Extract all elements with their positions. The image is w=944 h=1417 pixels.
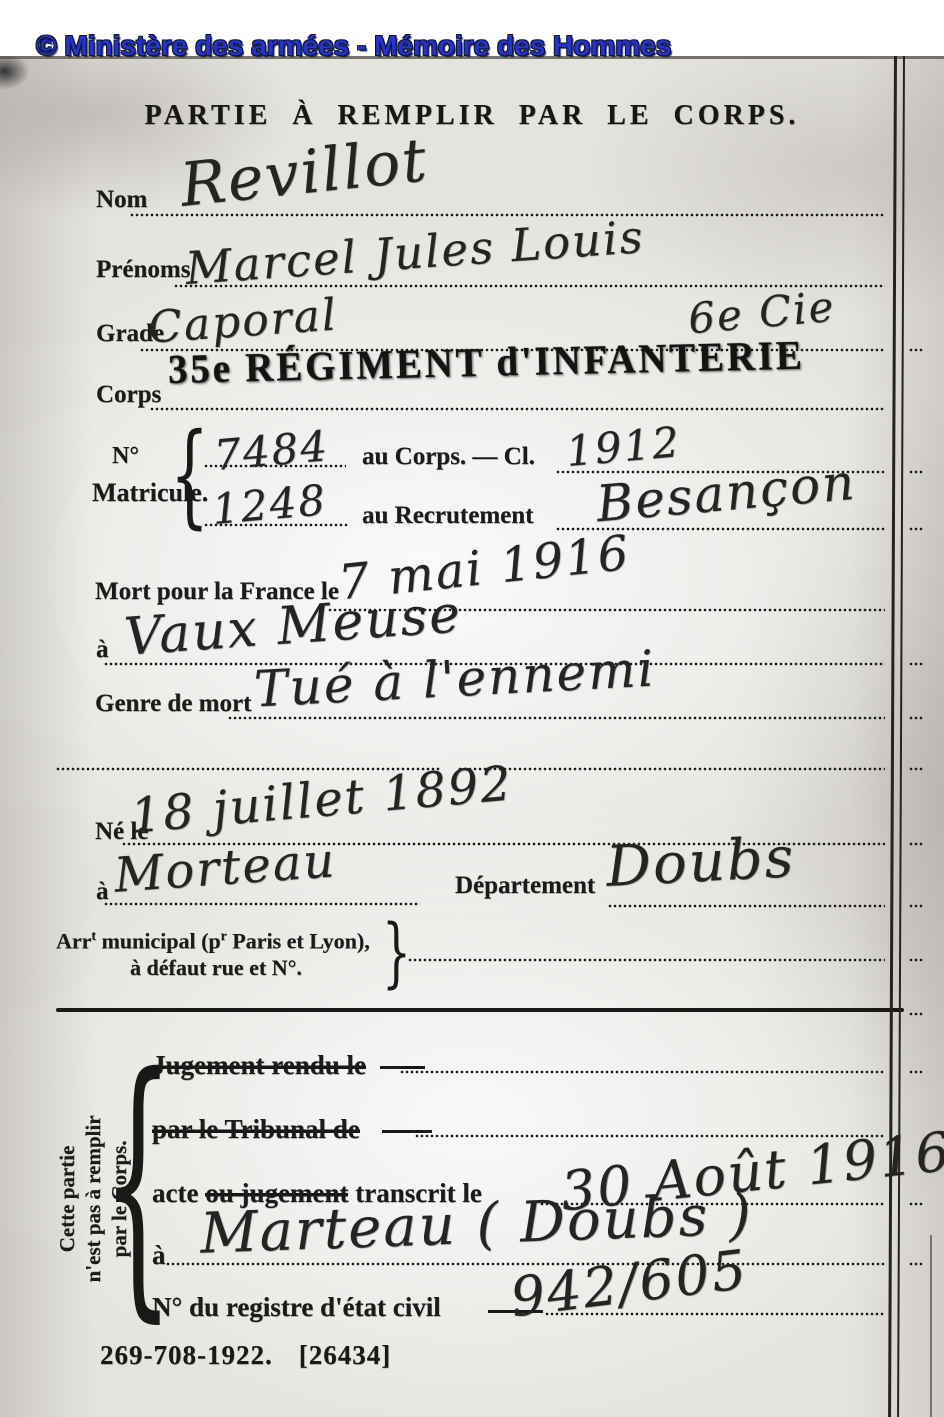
section-title: PARTIE À REMPLIR PAR LE CORPS. (0, 100, 944, 132)
edge-mark (909, 842, 923, 846)
military-death-record-scan: © Ministère des armées - Mémoire des Hom… (0, 0, 944, 1417)
lieu-mort-label: à (96, 636, 109, 664)
prenoms-label: Prénoms (96, 256, 190, 284)
arrondissement-brace: } (382, 915, 411, 989)
edge-mark (909, 958, 923, 962)
jugement-dotted-line (400, 1070, 885, 1074)
edge-mark (909, 1012, 923, 1016)
section-divider-rule (56, 1008, 904, 1012)
genre-mort-label: Genre de mort (95, 690, 251, 718)
au-recrutement-label: au Recrutement (362, 502, 533, 530)
genre-mort-dotted-line (228, 716, 885, 720)
corps-label: Corps (96, 381, 161, 409)
edge-mark (909, 904, 923, 908)
edge-mark (909, 1262, 923, 1266)
edge-mark (909, 527, 923, 531)
matricule-corps-value: 7484 (212, 421, 331, 480)
edge-mark (909, 662, 923, 666)
acte-part1: acte (152, 1178, 205, 1208)
registre-label: N° du registre d'état civil (152, 1292, 441, 1323)
arrondissement-label-line2: à défaut rue et N°. (130, 955, 302, 981)
au-corps-label: au Corps. — Cl. (362, 443, 535, 471)
scan-corner-smudge (0, 56, 30, 90)
imprint-code: 269-708-1922. (100, 1340, 273, 1370)
arrondissement-label-line1: Arrt municipal (pr Paris et Lyon), (56, 928, 370, 954)
edge-mark (909, 1070, 923, 1074)
jugement-label-struck: Jugement rendu le (152, 1050, 366, 1081)
arr-part1: Arr (56, 928, 91, 953)
edge-mark (909, 1202, 923, 1206)
tribunal-label-struck: par le Tribunal de (152, 1114, 360, 1145)
edge-mark (909, 716, 923, 720)
matricule-brace: { (170, 421, 209, 529)
printer-imprint: 269-708-1922.[26434] (100, 1340, 391, 1371)
arr-part2: municipal (p (96, 928, 221, 953)
corps-dotted-line (150, 407, 885, 411)
copyright-watermark: © Ministère des armées - Mémoire des Hom… (36, 30, 671, 62)
transcription-lieu-label: à (152, 1240, 166, 1271)
imprint-reference: [26434] (299, 1340, 391, 1370)
departement-label: Département (455, 872, 595, 900)
lieu-naissance-dotted-line (104, 902, 420, 906)
edge-mark (909, 348, 923, 352)
matricule-label-line1: N° (112, 443, 139, 470)
nom-label: Nom (96, 186, 147, 214)
departement-value: Doubs (604, 825, 796, 900)
blank-dotted-line-right (458, 767, 885, 771)
edge-mark (909, 470, 923, 474)
sidebar-note-line1: Cette partie (54, 1074, 80, 1324)
classe-value: 1912 (564, 417, 683, 476)
departement-dotted-line (608, 904, 885, 908)
arrondissement-dotted-line (408, 958, 885, 962)
edge-mark (909, 767, 923, 771)
arr-part3: Paris et Lyon), (227, 928, 370, 953)
tribunal-strike-tail (382, 1130, 432, 1133)
jugement-strike-tail (380, 1066, 425, 1069)
matricule-recrutement-dotted-line (204, 523, 349, 527)
adjacent-page-edge (930, 1235, 935, 1417)
